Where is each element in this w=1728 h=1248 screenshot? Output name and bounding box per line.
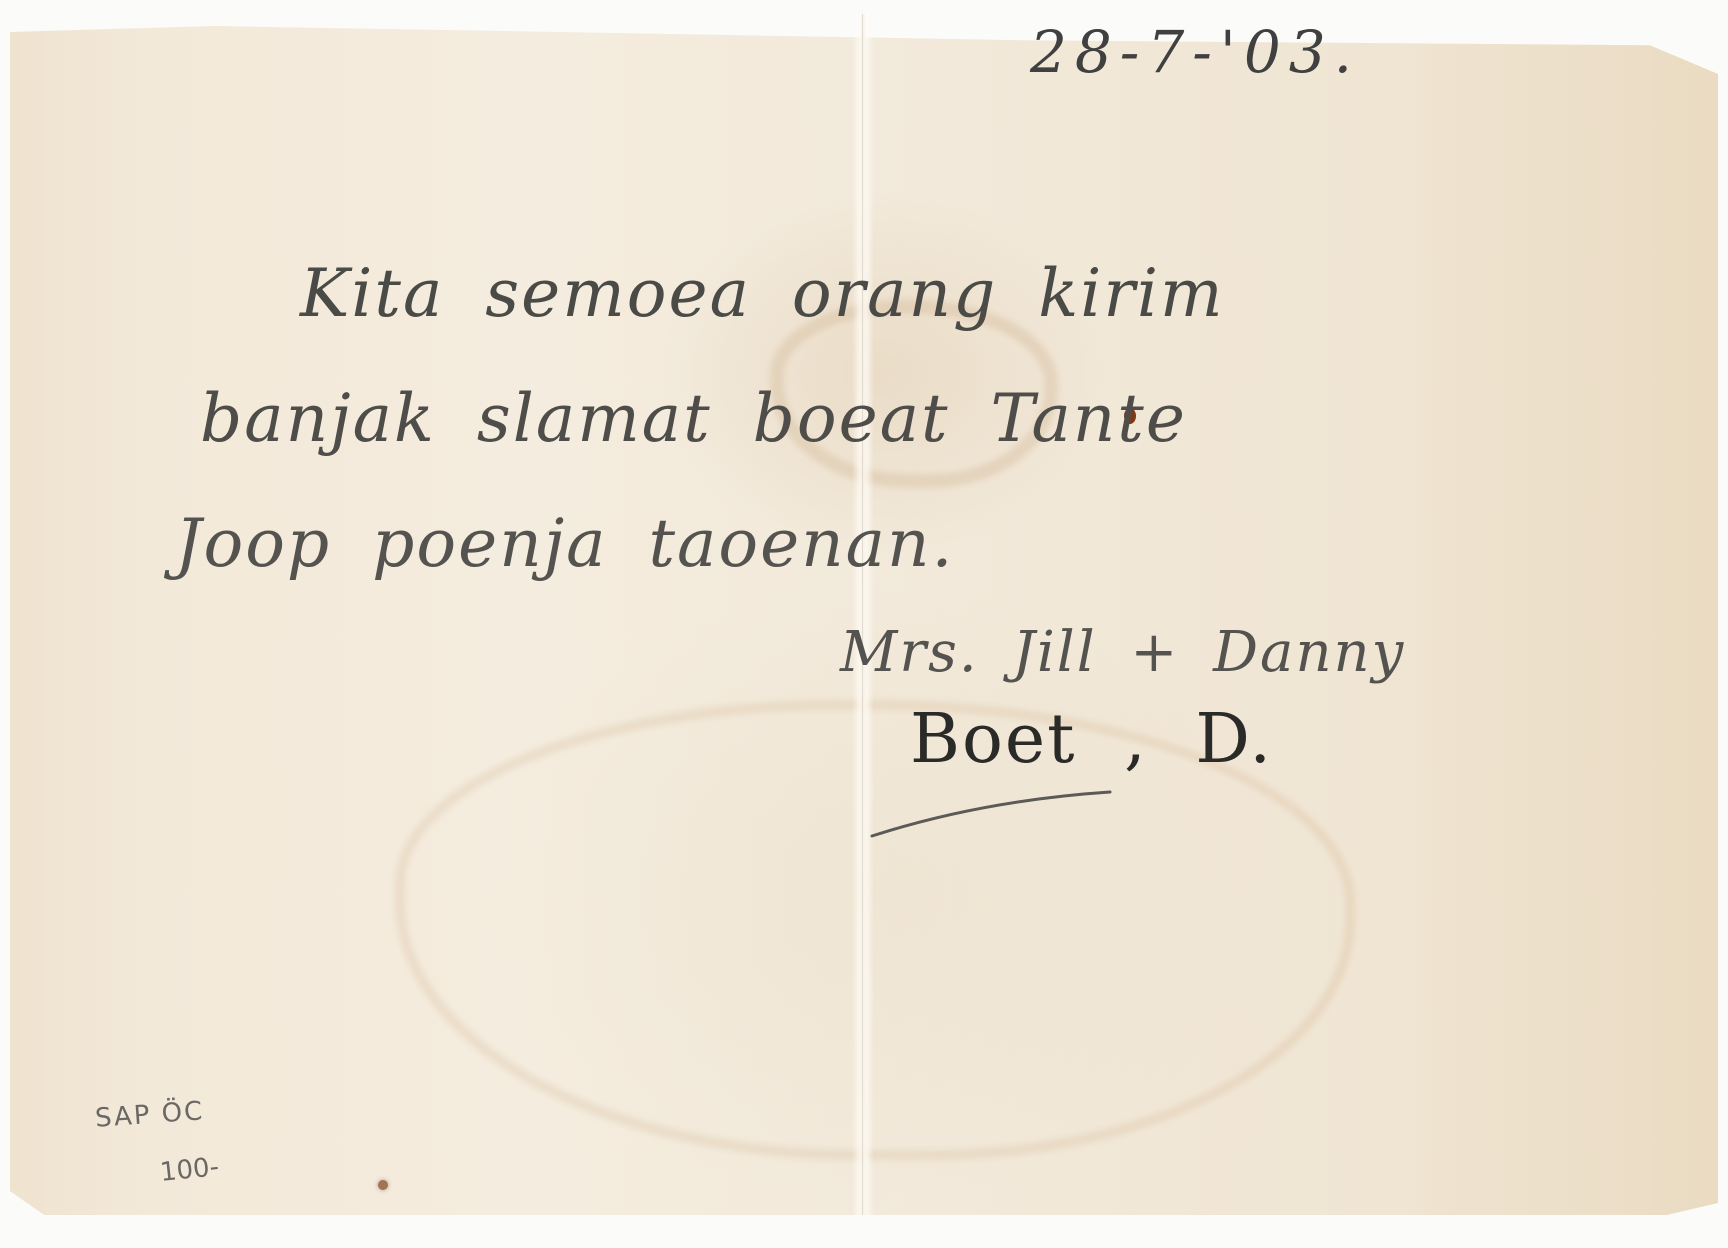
signature: Boet , D.: [910, 700, 1273, 779]
body-line-3: Joop poenja taoenan.: [175, 505, 955, 582]
center-fold: [852, 14, 874, 1215]
fold-crease-line: [862, 14, 863, 1215]
body-line-2: banjak slamat boeat Tante: [200, 380, 1187, 457]
closing-names: Mrs. Jill + Danny: [840, 620, 1405, 685]
pin-hole: [378, 1180, 388, 1190]
body-line-1: Kita semoea orang kirim: [300, 255, 1225, 332]
signature-underline-flourish: [870, 780, 1130, 840]
scanned-document: 28-7-'03. Kita semoea orang kirim banjak…: [0, 0, 1728, 1248]
pencil-note-price: 100-: [159, 1152, 221, 1188]
date-text: 28-7-'03.: [1030, 18, 1360, 86]
